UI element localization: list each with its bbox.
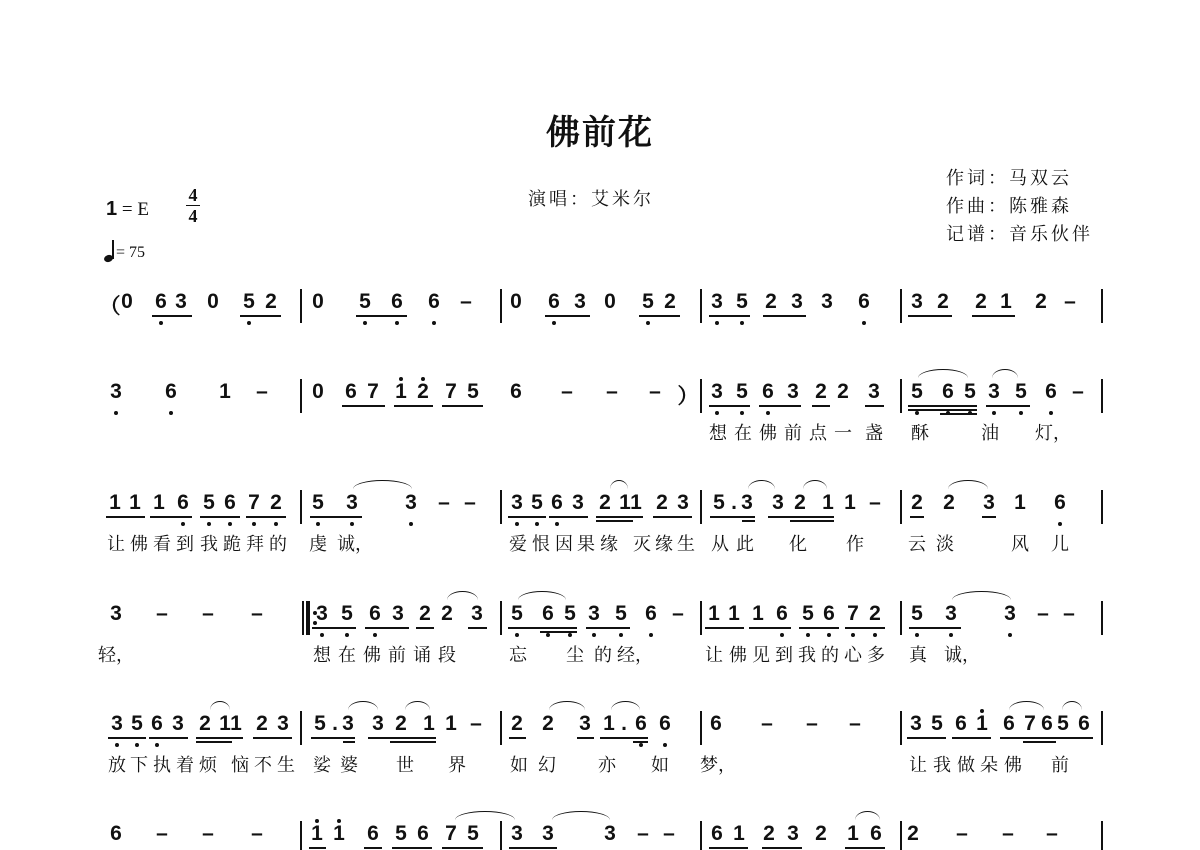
duration-underline <box>907 737 946 739</box>
barline <box>500 289 502 323</box>
note: 1 <box>219 712 231 736</box>
duration-underline <box>940 413 977 415</box>
lyric-char: 淡 <box>936 530 954 556</box>
note: 5 <box>911 602 923 626</box>
slur-arc <box>803 480 827 489</box>
note: 3 <box>110 380 122 404</box>
lyric-char: 到 <box>775 641 793 667</box>
lyric-char: 恼 <box>231 751 249 777</box>
duration-underline <box>310 516 362 518</box>
lyric-char: 想 <box>313 641 331 667</box>
barline <box>900 601 902 635</box>
note: 6 <box>345 380 357 404</box>
note: 2 <box>270 491 282 515</box>
slur-arc <box>353 480 412 489</box>
note: 6 <box>942 380 954 404</box>
lyric-char: 盏 <box>865 419 883 445</box>
note: 5 <box>931 712 943 736</box>
note: – <box>251 602 263 626</box>
note: 5 <box>802 602 814 626</box>
low-octave-dot <box>432 321 436 325</box>
duration-underline <box>709 405 750 407</box>
duration-underline <box>908 315 952 317</box>
note: 0 <box>604 290 616 314</box>
note: 1 <box>603 712 615 736</box>
note: 3 <box>471 602 483 626</box>
low-octave-dot <box>992 411 996 415</box>
lyric-char: 因 <box>555 530 573 556</box>
low-octave-dot <box>345 633 349 637</box>
lyric-char: 灯， <box>1035 419 1071 445</box>
note: 1 <box>847 822 859 846</box>
lyric-char: 前 <box>388 641 406 667</box>
tempo-value: = 75 <box>116 244 145 261</box>
slur-arc <box>552 811 610 820</box>
low-octave-dot <box>851 633 855 637</box>
note: 2 <box>907 822 919 846</box>
high-octave-dot <box>399 377 403 381</box>
low-octave-dot <box>515 522 519 526</box>
transcriber-credit: 记谱：音乐伙伴 <box>946 221 1093 249</box>
lyric-char: 拜 <box>246 530 264 556</box>
note: 3 <box>791 290 803 314</box>
tempo-marking: = 75 <box>104 240 145 262</box>
note: – <box>464 491 476 515</box>
note: 3 <box>868 380 880 404</box>
note: 2 <box>765 290 777 314</box>
lyric-char: 朵 <box>980 751 998 777</box>
barline <box>900 289 902 323</box>
duration-underline <box>952 737 991 739</box>
note: 6 <box>823 602 835 626</box>
note: 6 <box>858 290 870 314</box>
note: 3 <box>677 491 689 515</box>
note: – <box>1002 822 1014 846</box>
note: 1 <box>423 712 435 736</box>
note: 5 <box>713 491 725 515</box>
barline <box>900 711 902 745</box>
note: – <box>869 491 881 515</box>
lyric-char: 执 <box>153 751 171 777</box>
low-octave-dot <box>159 321 163 325</box>
note: 6 <box>1045 380 1057 404</box>
duration-underline <box>152 315 192 317</box>
low-octave-dot <box>535 522 539 526</box>
note: 2 <box>815 822 827 846</box>
note: – <box>663 822 675 846</box>
lyric-char: 果 <box>577 530 595 556</box>
lyric-char: 的 <box>594 641 612 667</box>
duration-underline <box>639 315 680 317</box>
high-octave-dot <box>980 709 984 713</box>
note: 7 <box>367 380 379 404</box>
duration-underline <box>196 741 232 743</box>
note: 1 <box>153 491 165 515</box>
duration-underline <box>845 847 885 849</box>
lyric-char: 亦 <box>598 751 616 777</box>
note: 0 <box>510 290 522 314</box>
duration-underline <box>709 847 748 849</box>
note: . <box>621 712 627 736</box>
slur-arc <box>447 591 478 600</box>
note: 1 <box>822 491 834 515</box>
note: – <box>460 290 472 314</box>
lyric-char: 跪 <box>223 530 241 556</box>
low-octave-dot <box>592 633 596 637</box>
duration-underline <box>790 520 834 522</box>
note: 5 <box>511 602 523 626</box>
note: 2 <box>256 712 268 736</box>
lyric-char: 生 <box>277 751 295 777</box>
lyric-char: 多 <box>867 641 885 667</box>
note: 1 <box>976 712 988 736</box>
duration-underline <box>253 737 292 739</box>
note: 5 <box>467 380 479 404</box>
lyric-char: 酥 <box>911 419 929 445</box>
note: 2 <box>943 491 955 515</box>
lyric-char: 婆 <box>340 751 358 777</box>
duration-underline <box>768 516 834 518</box>
note: 6 <box>151 712 163 736</box>
note: 3 <box>787 380 799 404</box>
lyric-char: 界 <box>448 751 466 777</box>
low-octave-dot <box>740 321 744 325</box>
low-octave-dot <box>135 743 139 747</box>
note: ） <box>678 380 699 410</box>
duration-underline <box>364 847 382 849</box>
note: 1 <box>1000 290 1012 314</box>
note: – <box>438 491 450 515</box>
lyric-char: 让 <box>909 751 927 777</box>
note: 7 <box>445 822 457 846</box>
lyric-char: 的 <box>269 530 287 556</box>
note: – <box>672 602 684 626</box>
note: – <box>956 822 968 846</box>
duration-underline <box>392 847 432 849</box>
note: 5 <box>1015 380 1027 404</box>
key-name: = E <box>117 199 149 220</box>
low-octave-dot <box>663 743 667 747</box>
duration-underline <box>709 315 750 317</box>
note: 5 <box>531 491 543 515</box>
duration-underline <box>742 520 755 522</box>
note: 1 <box>844 491 856 515</box>
low-octave-dot <box>546 633 550 637</box>
note: 2 <box>837 380 849 404</box>
barline <box>700 821 702 850</box>
lyric-char: 诚， <box>944 641 980 667</box>
lyric-char: 我 <box>200 530 218 556</box>
note: 1 <box>619 491 631 515</box>
note: 2 <box>794 491 806 515</box>
note: 3 <box>579 712 591 736</box>
note: 7 <box>248 491 260 515</box>
duration-underline <box>596 516 643 518</box>
low-octave-dot <box>1008 633 1012 637</box>
slur-arc <box>455 811 515 820</box>
credits-block: 作词：马双云 作曲：陈雅森 记谱：音乐伙伴 <box>946 165 1093 249</box>
barline <box>300 821 302 850</box>
note: 2 <box>911 491 923 515</box>
duration-underline <box>416 627 434 629</box>
low-octave-dot <box>395 321 399 325</box>
note: 3 <box>511 822 523 846</box>
note: – <box>202 822 214 846</box>
note: 5 <box>131 712 143 736</box>
note: 0 <box>312 290 324 314</box>
duration-underline <box>342 405 385 407</box>
duration-underline <box>246 516 286 518</box>
duration-underline <box>908 409 977 411</box>
note: 6 <box>711 822 723 846</box>
duration-underline <box>545 315 590 317</box>
note: – <box>251 822 263 846</box>
lyric-char: 不 <box>254 751 272 777</box>
note: 6 <box>645 602 657 626</box>
note: – <box>606 380 618 404</box>
note: 6 <box>635 712 647 736</box>
duration-underline <box>986 405 1030 407</box>
duration-underline <box>442 405 483 407</box>
duration-underline <box>577 737 594 739</box>
slur-arc <box>748 480 775 489</box>
note: 6 <box>155 290 167 314</box>
note: 3 <box>405 491 417 515</box>
barline <box>300 379 302 413</box>
note: 5 <box>615 602 627 626</box>
lyric-char: 真 <box>909 641 927 667</box>
note: 3 <box>711 380 723 404</box>
lyric-char: 前 <box>784 419 802 445</box>
note: – <box>806 712 818 736</box>
note: 2 <box>419 602 431 626</box>
duration-underline <box>763 315 806 317</box>
note: 2 <box>417 380 429 404</box>
duration-underline <box>910 516 924 518</box>
note: 6 <box>870 822 882 846</box>
low-octave-dot <box>568 633 572 637</box>
note: 1 <box>230 712 242 736</box>
lyric-char: 烦 <box>199 751 217 777</box>
duration-underline <box>196 737 243 739</box>
low-octave-dot <box>715 321 719 325</box>
slur-arc <box>855 811 880 820</box>
barline <box>500 821 502 850</box>
lyric-char: 忘 <box>509 641 527 667</box>
duration-underline <box>200 516 240 518</box>
low-octave-dot <box>115 743 119 747</box>
note: 3 <box>821 290 833 314</box>
low-octave-dot <box>915 411 919 415</box>
barline <box>1101 379 1103 413</box>
lyric-char: 佛 <box>363 641 381 667</box>
lyric-char: 一 <box>834 419 852 445</box>
lyric-char: 幻 <box>538 751 556 777</box>
note: 3 <box>572 491 584 515</box>
repeat-start-thick-bar <box>306 601 310 635</box>
slur-arc <box>992 369 1018 378</box>
duration-underline <box>390 741 436 743</box>
note: 6 <box>955 712 967 736</box>
note: （ <box>100 290 121 320</box>
barline <box>1101 821 1103 850</box>
duration-underline <box>865 405 884 407</box>
song-title: 佛前花 <box>0 105 1200 154</box>
barline <box>700 289 702 323</box>
lyric-char: 生 <box>677 530 695 556</box>
composer-credit: 作曲：陈雅森 <box>946 193 1093 221</box>
note: 6 <box>548 290 560 314</box>
note: 1 <box>395 380 407 404</box>
lyric-char: 做 <box>957 751 975 777</box>
note: 2 <box>199 712 211 736</box>
duration-underline <box>972 315 1015 317</box>
barline <box>900 379 902 413</box>
note: 6 <box>417 822 429 846</box>
note: 0 <box>121 290 133 314</box>
time-sig-bottom: 4 <box>186 207 200 225</box>
note: – <box>849 712 861 736</box>
quarter-note-icon <box>104 240 116 262</box>
note: – <box>156 822 168 846</box>
note: 6 <box>1054 491 1066 515</box>
duration-underline <box>309 847 326 849</box>
low-octave-dot <box>1019 411 1023 415</box>
duration-underline <box>108 737 146 739</box>
note: 5 <box>467 822 479 846</box>
key-signature: 1 = E <box>106 198 149 221</box>
duration-underline <box>653 516 692 518</box>
note: – <box>1037 602 1049 626</box>
note: 6 <box>510 380 522 404</box>
lyric-char: 着 <box>176 751 194 777</box>
barline <box>1101 289 1103 323</box>
lyric-char: 化 <box>789 530 807 556</box>
time-sig-top: 4 <box>186 186 200 204</box>
lyric-char: 从 <box>711 530 729 556</box>
note: 3 <box>346 491 358 515</box>
low-octave-dot <box>155 743 159 747</box>
lyric-char: 段 <box>438 641 456 667</box>
note: . <box>332 712 338 736</box>
lyric-char: 娑 <box>313 751 331 777</box>
lyric-char: 世 <box>396 751 414 777</box>
note: 6 <box>391 290 403 314</box>
note: 5 <box>964 380 976 404</box>
note: 3 <box>175 290 187 314</box>
barline <box>1101 490 1103 524</box>
low-octave-dot <box>766 411 770 415</box>
note: 5 <box>1057 712 1069 736</box>
duration-underline <box>812 405 830 407</box>
lyric-char: 让 <box>705 641 723 667</box>
lyric-char: 的 <box>821 641 839 667</box>
note: 6 <box>551 491 563 515</box>
slur-arc <box>1009 701 1044 710</box>
lyric-char: 如 <box>651 751 669 777</box>
barline <box>900 821 902 850</box>
duration-underline <box>710 516 755 518</box>
lyric-char: 前 <box>1051 751 1069 777</box>
duration-underline <box>240 315 281 317</box>
lyric-char: 尘 <box>566 641 584 667</box>
barline <box>500 601 502 635</box>
note: 6 <box>177 491 189 515</box>
note: 2 <box>441 602 453 626</box>
note: 6 <box>367 822 379 846</box>
note: 3 <box>945 602 957 626</box>
lyric-char: 缘 <box>600 530 618 556</box>
note: 2 <box>395 712 407 736</box>
note: 2 <box>656 491 668 515</box>
low-octave-dot <box>228 522 232 526</box>
note: 3 <box>741 491 753 515</box>
note: 3 <box>111 712 123 736</box>
note: – <box>561 380 573 404</box>
low-octave-dot <box>169 411 173 415</box>
note: – <box>1046 822 1058 846</box>
lyric-char: 心 <box>844 641 862 667</box>
note: 1 <box>109 491 121 515</box>
low-octave-dot <box>740 411 744 415</box>
duration-underline <box>311 737 355 739</box>
singer-credit: 演唱：艾米尔 <box>528 185 654 211</box>
note: – <box>1064 290 1076 314</box>
note: 3 <box>911 290 923 314</box>
note: 5 <box>736 380 748 404</box>
lyric-char: 在 <box>734 419 752 445</box>
note: 6 <box>659 712 671 736</box>
duration-underline <box>845 627 885 629</box>
note: – <box>470 712 482 736</box>
note: 3 <box>342 712 354 736</box>
lyric-char: 诚， <box>337 530 373 556</box>
note: 3 <box>511 491 523 515</box>
duration-underline <box>365 627 409 629</box>
lyric-char: 爱 <box>509 530 527 556</box>
low-octave-dot <box>373 633 377 637</box>
duration-underline <box>600 737 648 739</box>
low-octave-dot <box>181 522 185 526</box>
note: 3 <box>316 602 328 626</box>
duration-underline <box>150 516 192 518</box>
note: 1 <box>630 491 642 515</box>
low-octave-dot <box>316 522 320 526</box>
note: 5 <box>341 602 353 626</box>
lyric-char: 佛 <box>759 419 777 445</box>
duration-underline <box>312 627 356 629</box>
low-octave-dot <box>806 633 810 637</box>
duration-underline <box>982 516 996 518</box>
lyric-char: 看 <box>153 530 171 556</box>
low-octave-dot <box>1049 411 1053 415</box>
slur-arc <box>549 701 585 710</box>
barline <box>500 711 502 745</box>
lyric-char: 放 <box>108 751 126 777</box>
duration-underline <box>633 741 648 743</box>
duration-underline <box>149 737 188 739</box>
lyric-char: 佛 <box>729 641 747 667</box>
low-octave-dot <box>715 411 719 415</box>
note: 6 <box>1078 712 1090 736</box>
duration-underline <box>759 405 801 407</box>
slur-arc <box>948 480 988 489</box>
duration-underline <box>908 405 977 407</box>
duration-underline <box>468 627 487 629</box>
note: 3 <box>711 290 723 314</box>
note: – <box>637 822 649 846</box>
low-octave-dot <box>555 522 559 526</box>
